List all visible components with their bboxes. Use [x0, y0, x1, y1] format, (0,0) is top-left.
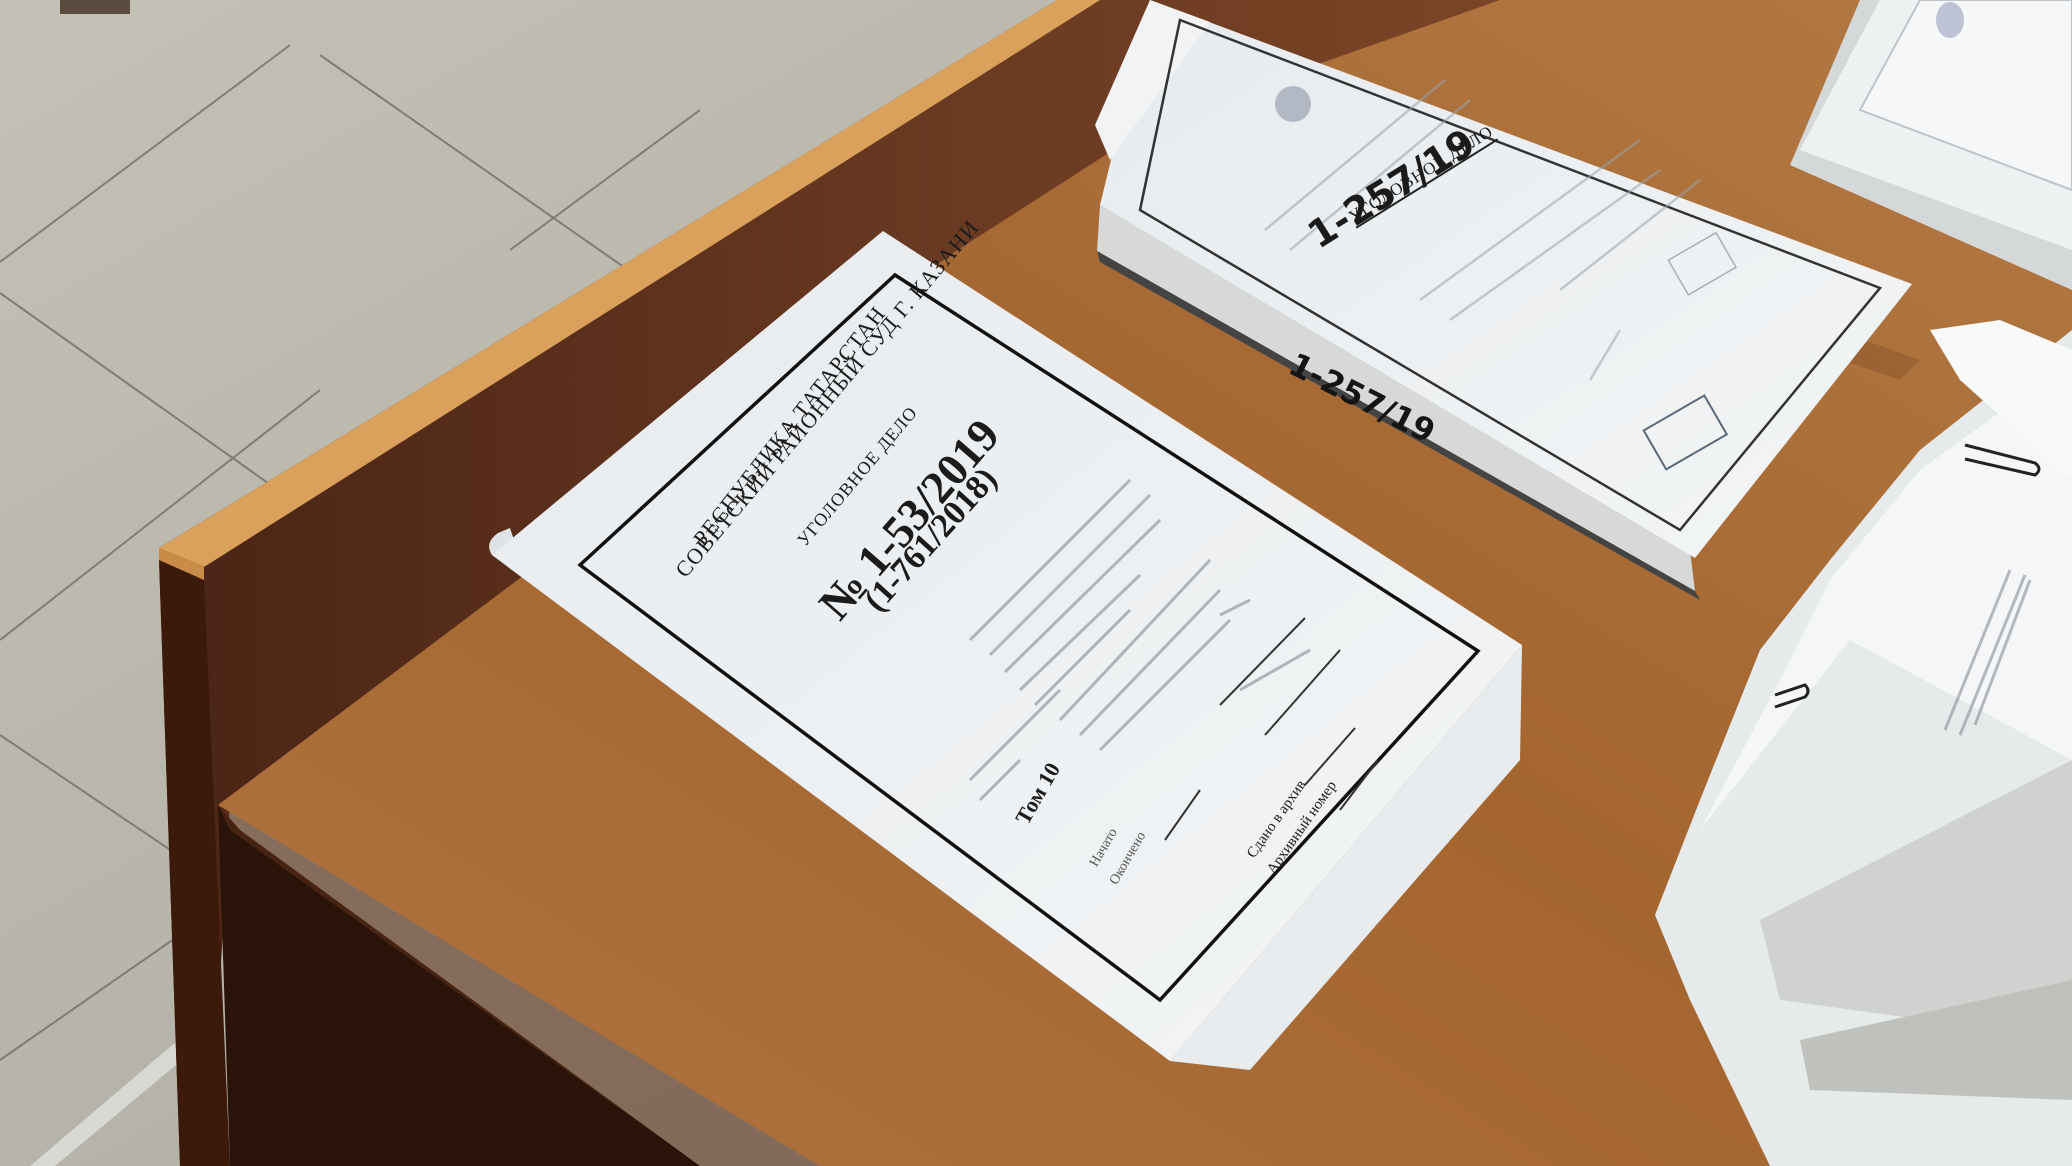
- emblem-icon: [1275, 86, 1311, 122]
- chair-leg: [60, 0, 130, 14]
- photo-scene: [0, 0, 2072, 1166]
